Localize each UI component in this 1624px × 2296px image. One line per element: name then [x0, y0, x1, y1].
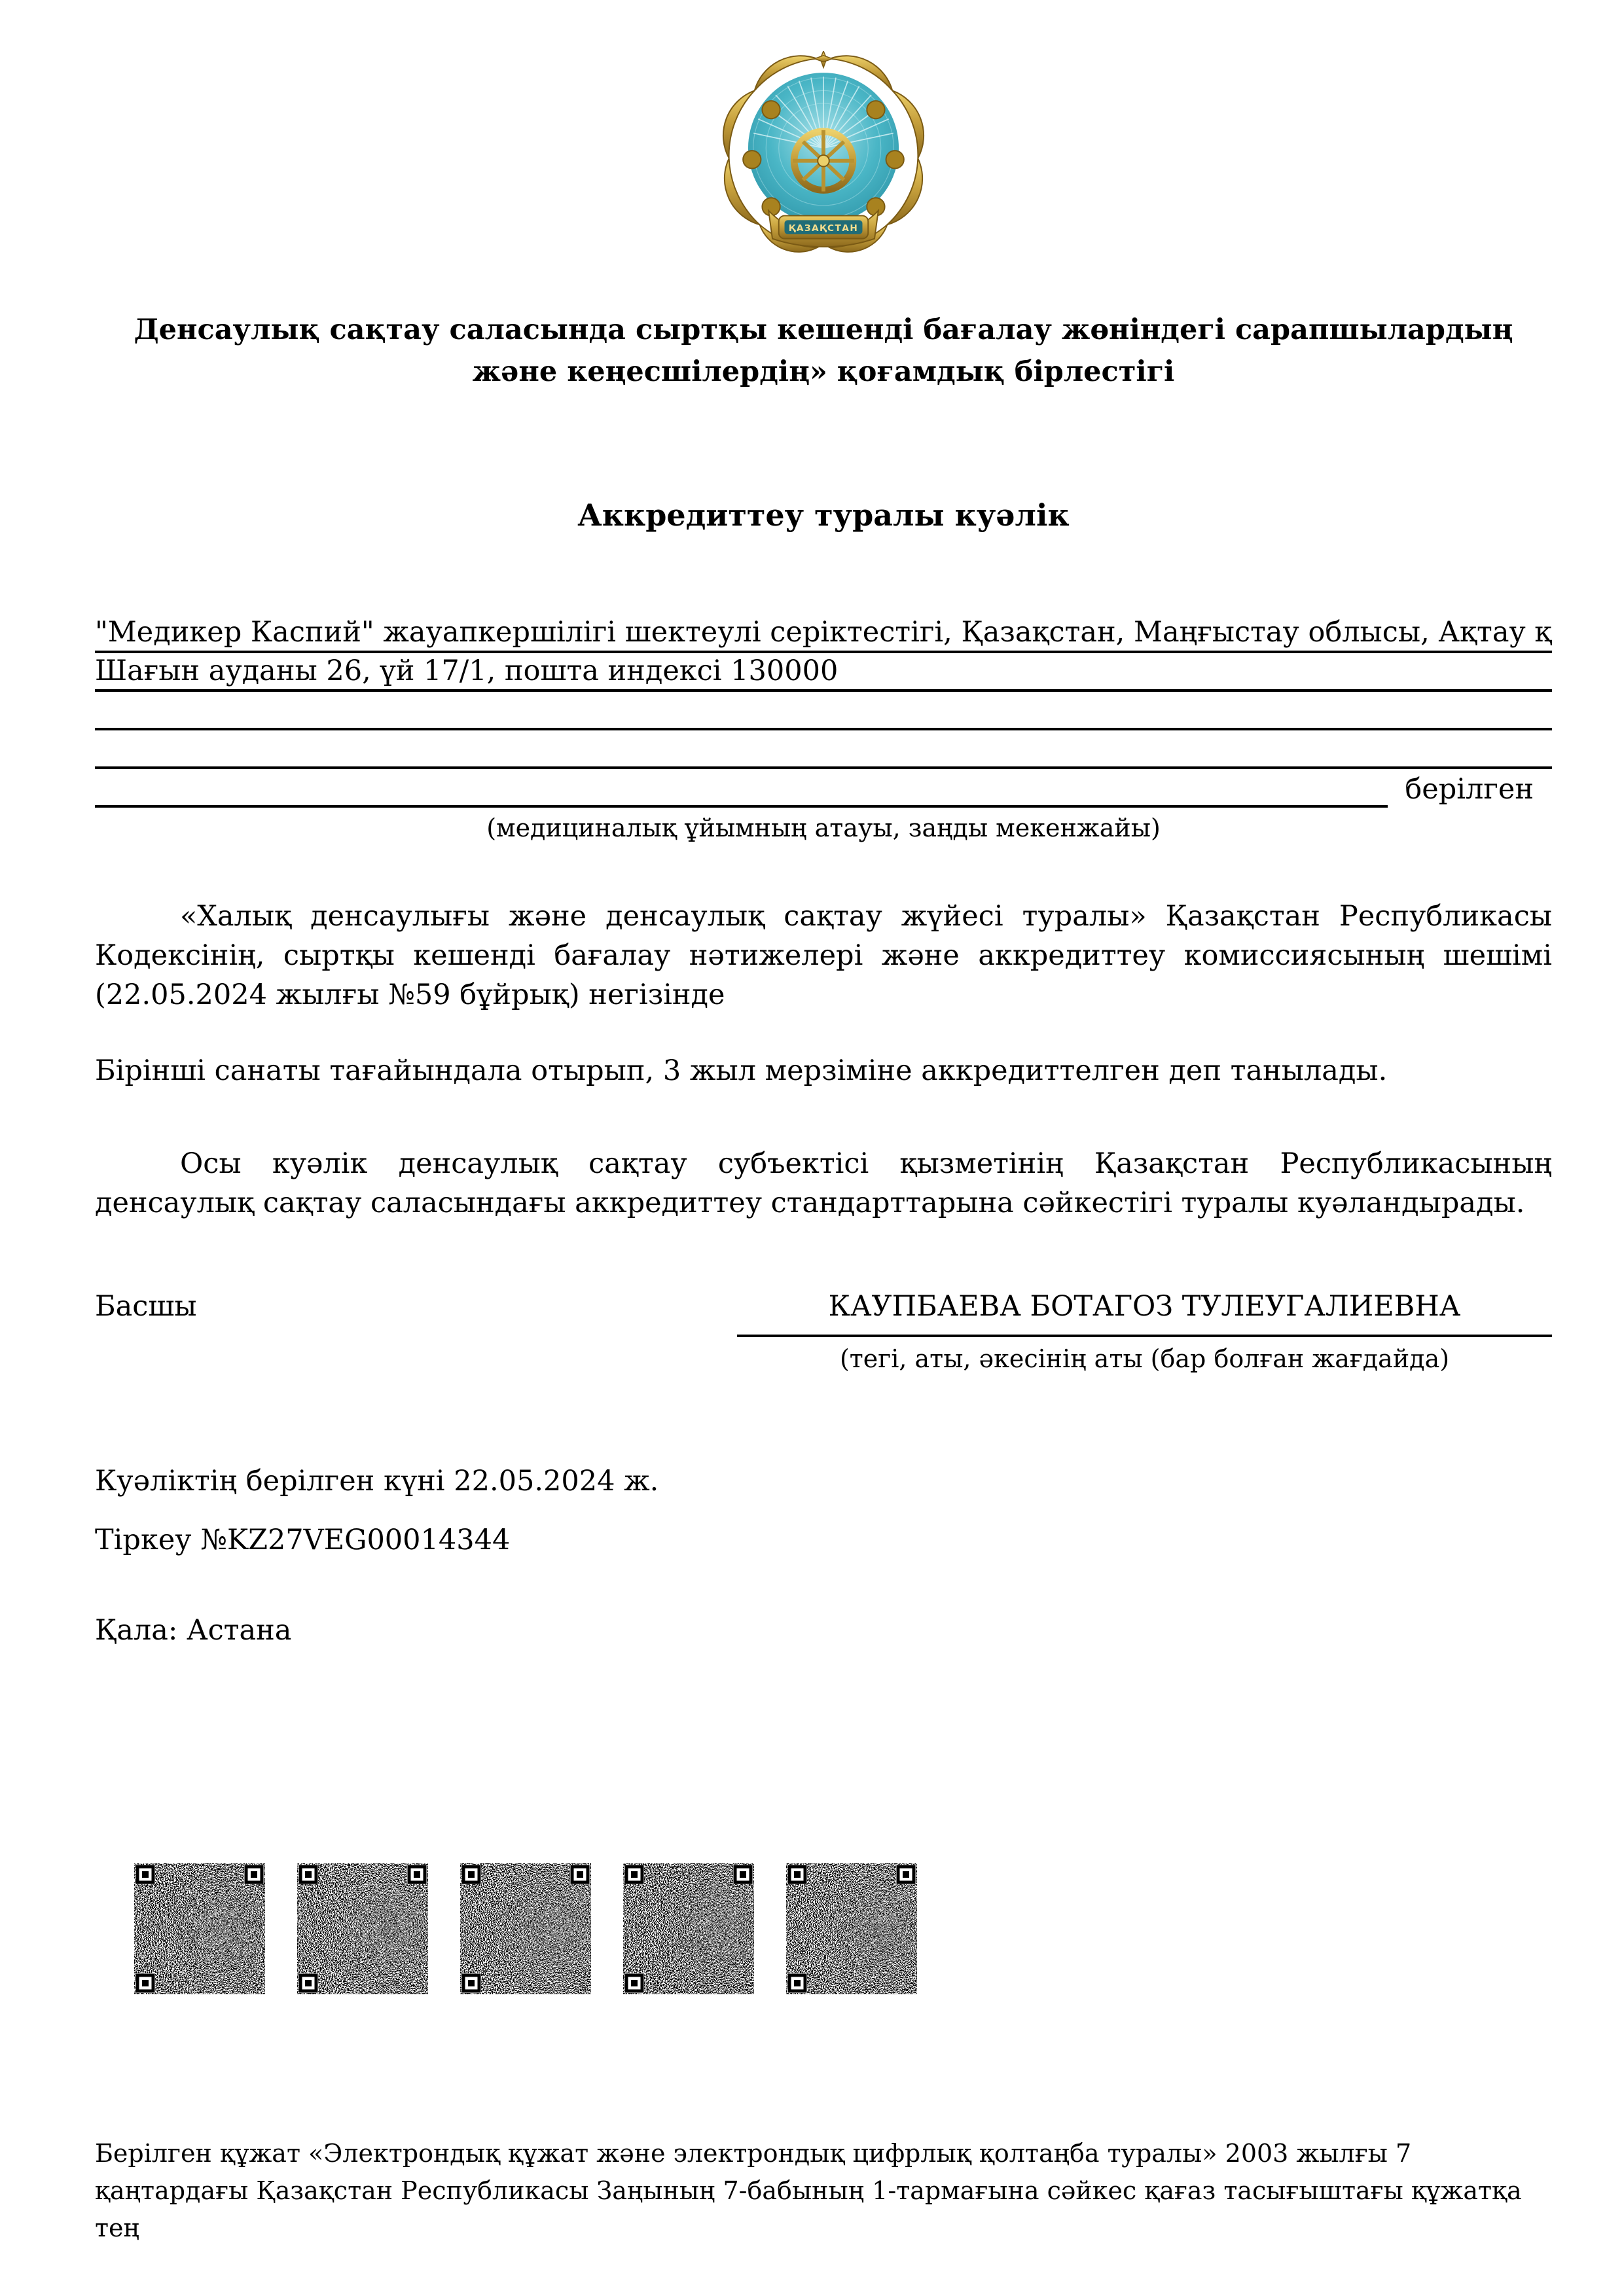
association-name: Денсаулық сақтау саласында сыртқы кешенд…: [95, 309, 1552, 393]
qr-code: [297, 1863, 428, 1994]
emblem-shanyrak: [793, 130, 854, 192]
recipient-field-caption: (медициналық ұйымның атауы, заңды мекенж…: [95, 812, 1552, 844]
qr-code-row: [134, 1863, 1552, 1994]
issue-date-line: Куәліктің берілген күні 22.05.2024 ж.: [95, 1462, 1552, 1500]
kazakhstan-emblem-image: ҚАЗАҚСТАН: [721, 51, 926, 255]
accreditation-certificate-document: ҚАЗАҚСТАН Денсаулық сақтау саласында сыр…: [0, 0, 1624, 2296]
signature-block: КАУПБАЕВА БОТАГОЗ ТУЛЕУГАЛИЕВНА (тегі, а…: [737, 1288, 1552, 1375]
emblem-banner-text: ҚАЗАҚСТАН: [789, 223, 858, 234]
signer-role-label: Басшы: [95, 1288, 197, 1325]
certificate-details: Куәліктің берілген күні 22.05.2024 ж. Ті…: [95, 1462, 1552, 1649]
qr-code: [134, 1863, 265, 1994]
signature-row: Басшы КАУПБАЕВА БОТАГОЗ ТУЛЕУГАЛИЕВНА (т…: [95, 1288, 1552, 1375]
blank-form-line: [95, 692, 1552, 730]
paragraph-category: Бірінші санаты тағайындала отырып, 3 жыл…: [95, 1051, 1552, 1090]
city-line: Қала: Астана: [95, 1611, 1552, 1649]
signature-field-caption: (тегі, аты, әкесінің аты (бар болған жағ…: [737, 1342, 1552, 1375]
legal-footer: Берілген құжат «Электрондық құжат және э…: [95, 2135, 1552, 2247]
registration-number-line: Тіркеу №KZ27VEG00014344: [95, 1521, 1552, 1559]
issued-row: берілген: [95, 769, 1552, 808]
emblem-star: [814, 51, 832, 67]
qr-code: [460, 1863, 591, 1994]
paragraph-legal-basis: «Халық денсаулығы және денсаулық сақтау …: [95, 897, 1552, 1014]
issued-label: берілген: [1405, 772, 1552, 808]
blank-form-line: [95, 769, 1388, 808]
recipient-name-line-2: Шағын ауданы 26, үй 17/1, пошта индексі …: [95, 653, 1552, 692]
document-title: Аккредиттеу туралы куәлік: [95, 494, 1552, 536]
qr-code: [623, 1863, 754, 1994]
emblem-banner: ҚАЗАҚСТАН: [779, 216, 869, 239]
paragraph-attestation: Осы куәлік денсаулық сақтау субъектісі қ…: [95, 1144, 1552, 1223]
recipient-name-line-1: "Медикер Каспий" жауапкершілігі шектеулі…: [95, 615, 1552, 653]
qr-code: [786, 1863, 917, 1994]
signer-name: КАУПБАЕВА БОТАГОЗ ТУЛЕУГАЛИЕВНА: [737, 1288, 1552, 1337]
blank-form-line: [95, 730, 1552, 769]
kazakhstan-emblem: ҚАЗАҚСТАН: [721, 51, 926, 255]
recipient-block: "Медикер Каспий" жауапкершілігі шектеулі…: [95, 615, 1552, 844]
